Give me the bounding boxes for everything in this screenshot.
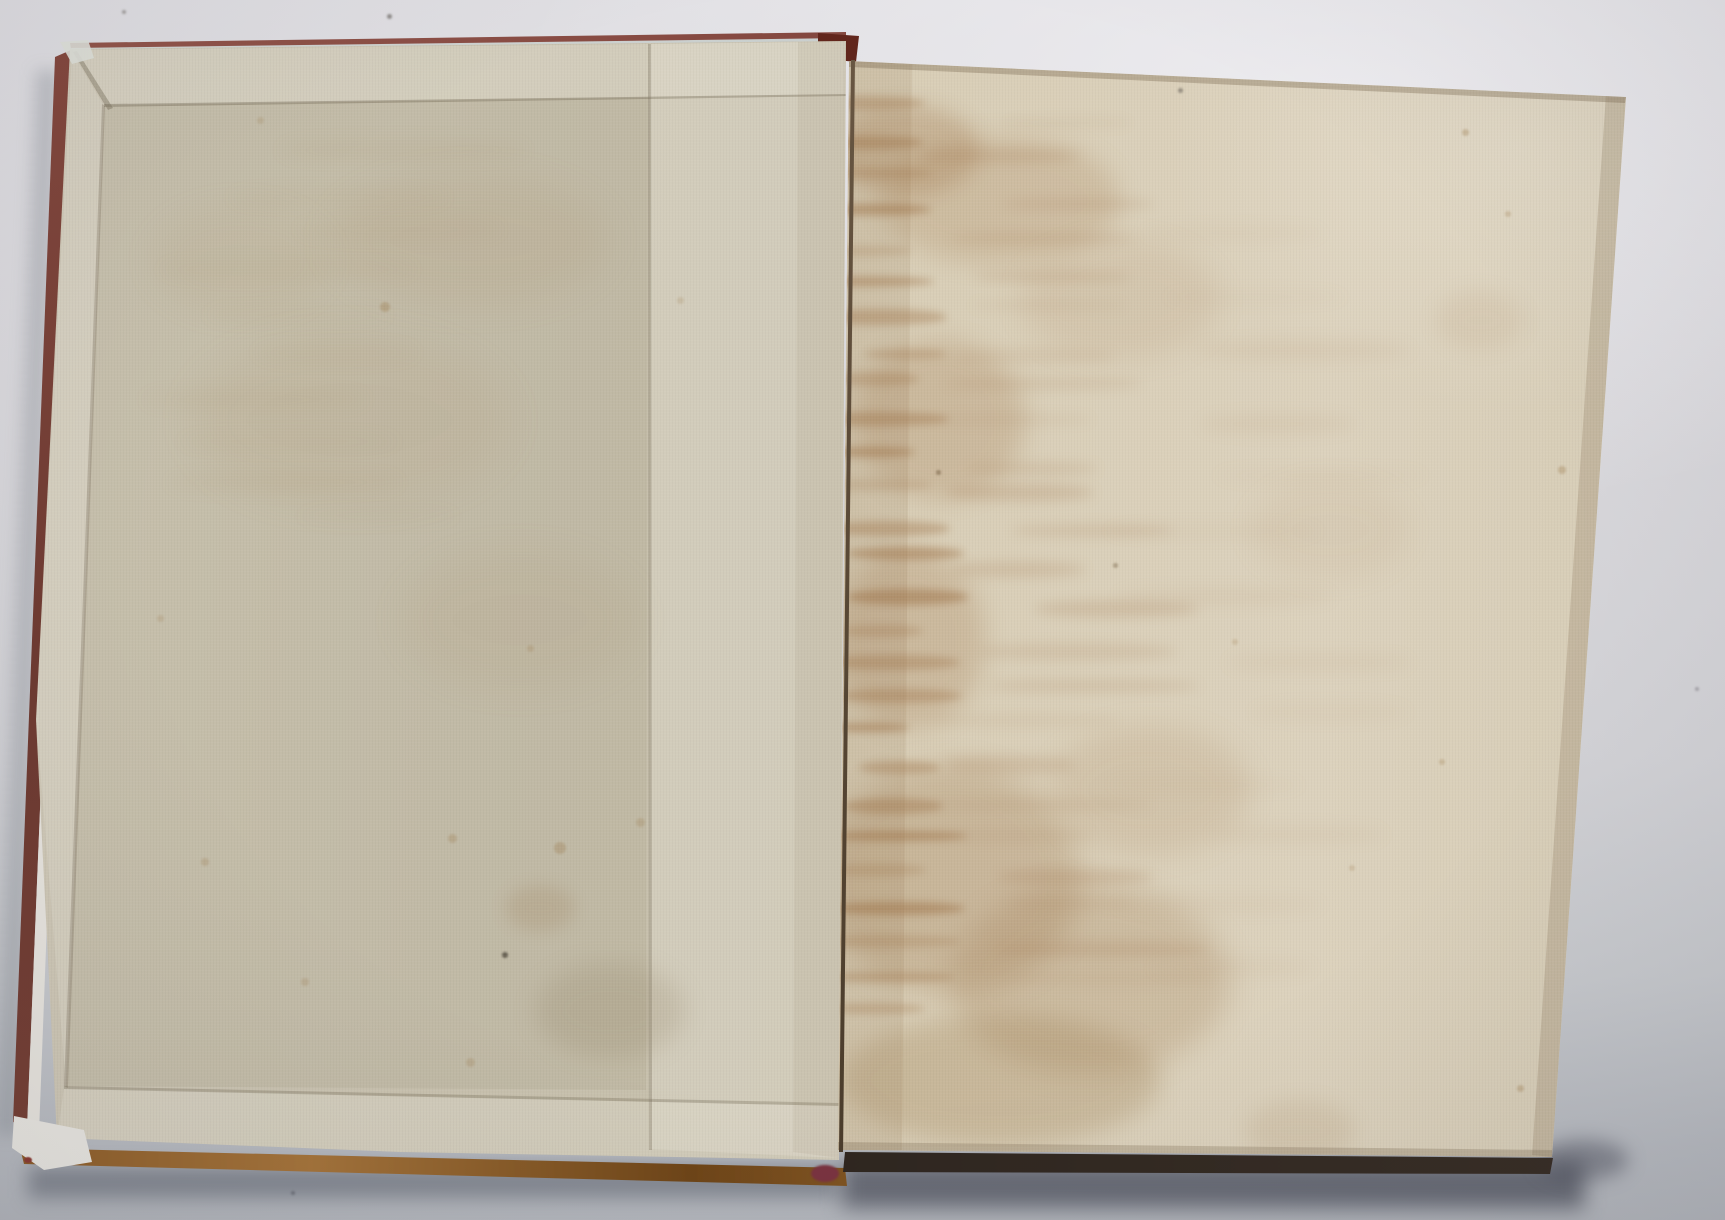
photograph-open-book xyxy=(0,0,1725,1220)
photo-vignette xyxy=(0,0,1725,1220)
